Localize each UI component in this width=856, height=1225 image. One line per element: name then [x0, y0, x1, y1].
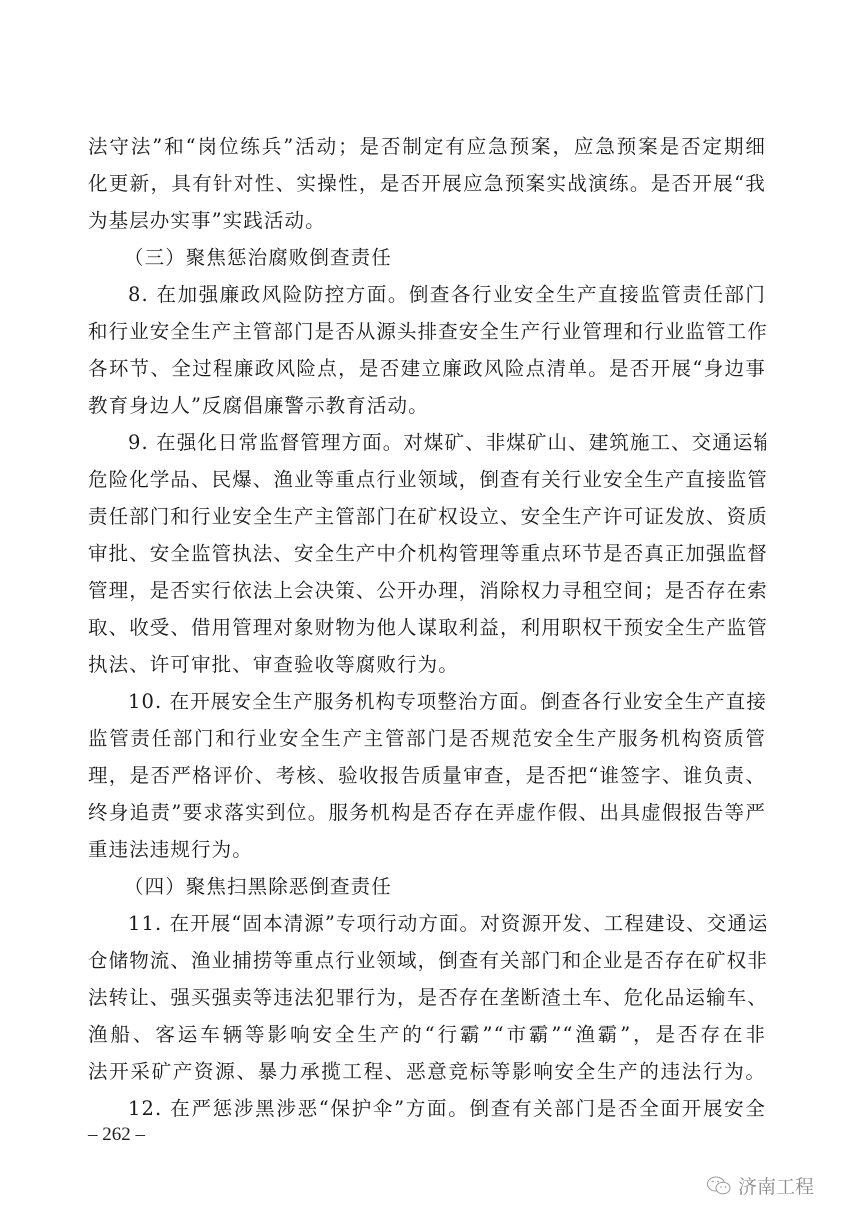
text-line: 执法、许可审批、审查验收等腐败行为。	[88, 646, 766, 683]
text-line: 各环节、全过程廉政风险点，是否建立廉政风险点清单。是否开展“身边事	[88, 350, 766, 387]
text-line: 12. 在严惩涉黑涉恶“保护伞”方面。倒查有关部门是否全面开展安全	[88, 1090, 766, 1127]
text-line: 终身追责”要求落实到位。服务机构是否存在弄虚作假、出具虚假报告等严	[88, 794, 766, 831]
text-line: 法守法”和“岗位练兵”活动；是否制定有应急预案，应急预案是否定期细	[88, 128, 766, 165]
page-number: – 262 –	[88, 1124, 145, 1146]
text-line: 10. 在开展安全生产服务机构专项整治方面。倒查各行业安全生产直接	[88, 683, 766, 720]
text-line: 危险化学品、民爆、渔业等重点行业领域，倒查有关行业安全生产直接监管	[88, 461, 766, 498]
text-line: 11. 在开展“固本清源”专项行动方面。对资源开发、工程建设、交通运输、	[88, 905, 766, 942]
text-line: 8. 在加强廉政风险防控方面。倒查各行业安全生产直接监管责任部门	[88, 276, 766, 313]
text-line: 重违法违规行为。	[88, 831, 766, 868]
text-line: 理，是否严格评价、考核、验收报告质量审查，是否把“谁签字、谁负责、	[88, 757, 766, 794]
text-line: 审批、安全监管执法、安全生产中介机构管理等重点环节是否真正加强监督	[88, 535, 766, 572]
section-heading: （三）聚焦惩治腐败倒查责任	[88, 239, 766, 276]
text-line: 渔船、客运车辆等影响安全生产的“行霸”“市霸”“渔霸”，是否存在非	[88, 1016, 766, 1053]
text-line: 教育身边人”反腐倡廉警示教育活动。	[88, 387, 766, 424]
text-line: 法转让、强买强卖等违法犯罪行为，是否存在垄断渣土车、危化品运输车、	[88, 979, 766, 1016]
document-body: 法守法”和“岗位练兵”活动；是否制定有应急预案，应急预案是否定期细 化更新，具有…	[88, 128, 766, 1127]
text-line: 法开采矿产资源、暴力承揽工程、恶意竞标等影响安全生产的违法行为。	[88, 1053, 766, 1090]
text-line: 化更新，具有针对性、实操性，是否开展应急预案实战演练。是否开展“我	[88, 165, 766, 202]
wechat-icon	[706, 1175, 732, 1197]
text-line: 为基层办实事”实践活动。	[88, 202, 766, 239]
text-line: 责任部门和行业安全生产主管部门在矿权设立、安全生产许可证发放、资质	[88, 498, 766, 535]
watermark: 济南工程	[706, 1172, 814, 1199]
watermark-text: 济南工程	[738, 1172, 814, 1199]
text-line: 监管责任部门和行业安全生产主管部门是否规范安全生产服务机构资质管	[88, 720, 766, 757]
text-line: 9. 在强化日常监督管理方面。对煤矿、非煤矿山、建筑施工、交通运输、	[88, 424, 766, 461]
text-line: 管理，是否实行依法上会决策、公开办理，消除权力寻租空间；是否存在索	[88, 572, 766, 609]
text-line: 和行业安全生产主管部门是否从源头排查安全生产行业管理和行业监管工作	[88, 313, 766, 350]
text-line: 取、收受、借用管理对象财物为他人谋取利益，利用职权干预安全生产监管	[88, 609, 766, 646]
text-line: 仓储物流、渔业捕捞等重点行业领域，倒查有关部门和企业是否存在矿权非	[88, 942, 766, 979]
section-heading: （四）聚焦扫黑除恶倒查责任	[88, 868, 766, 905]
